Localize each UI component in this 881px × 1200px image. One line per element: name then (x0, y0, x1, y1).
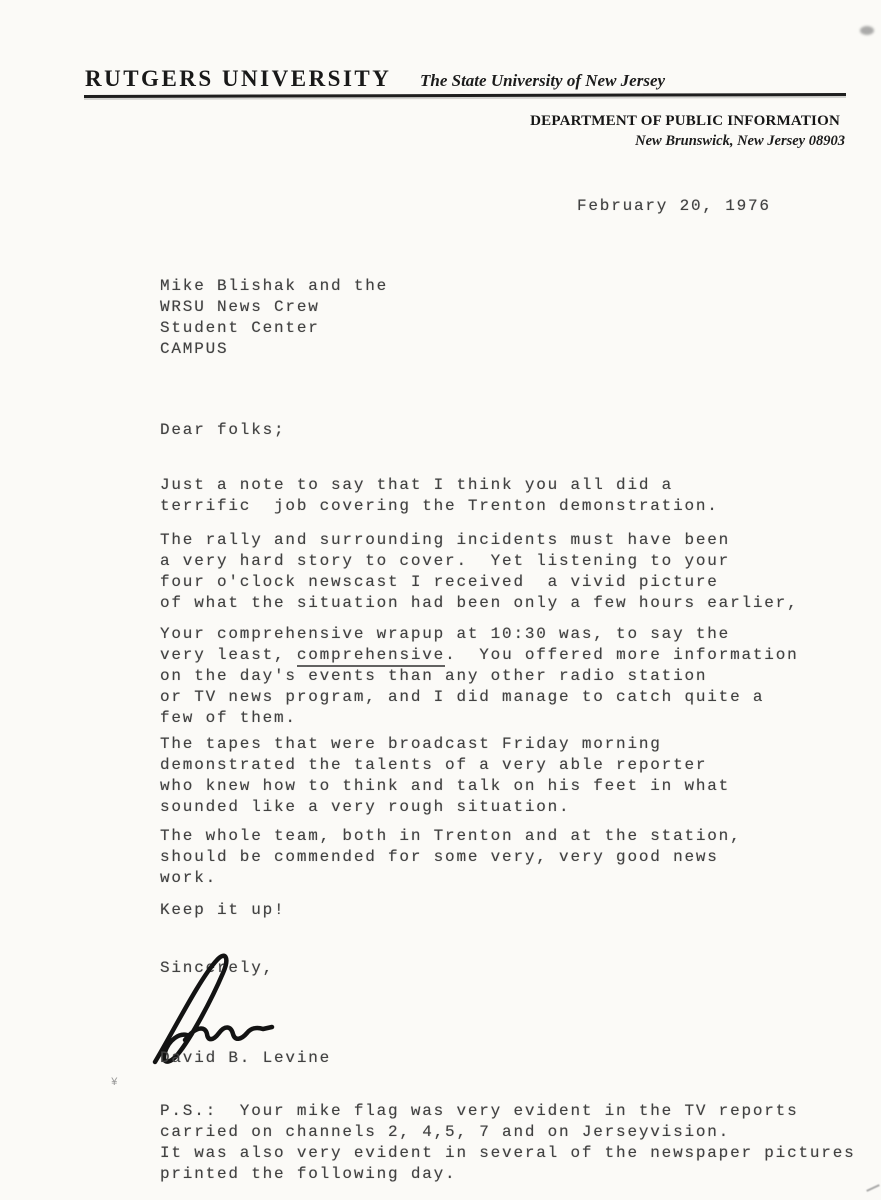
scan-smudge (860, 26, 874, 35)
letterhead-university-name: RUTGERS UNIVERSITY (85, 66, 391, 92)
recipient-address-block: Mike Blishak and the WRSU News Crew Stud… (160, 276, 388, 360)
letterhead-location: New Brunswick, New Jersey 08903 (635, 133, 845, 150)
letterhead-department: DEPARTMENT OF PUBLIC INFORMATION (530, 113, 840, 130)
body-paragraph-3: Your comprehensive wrapup at 10:30 was, … (160, 624, 799, 729)
date-line: February 20, 1976 (577, 196, 771, 217)
letter-page: RUTGERS UNIVERSITY The State University … (0, 0, 881, 1200)
closing-exhortation: Keep it up! (160, 900, 285, 921)
salutation: Dear folks; (160, 420, 285, 441)
body-paragraph-2: The rally and surrounding incidents must… (160, 530, 799, 614)
stray-pen-mark: ¥ (111, 1077, 118, 1089)
letterhead-rule (84, 93, 846, 98)
body-paragraph-4: The tapes that were broadcast Friday mor… (160, 734, 730, 818)
body-paragraph-5: The whole team, both in Trenton and at t… (160, 826, 741, 889)
underlined-word: comprehensive (297, 646, 445, 667)
body-paragraph-1: Just a note to say that I think you all … (160, 475, 719, 517)
typed-signature-name: David B. Levine (160, 1048, 331, 1069)
postscript: P.S.: Your mike flag was very evident in… (160, 1101, 856, 1185)
corner-scan-mark (866, 1184, 880, 1192)
letterhead-tagline: The State University of New Jersey (420, 71, 665, 91)
